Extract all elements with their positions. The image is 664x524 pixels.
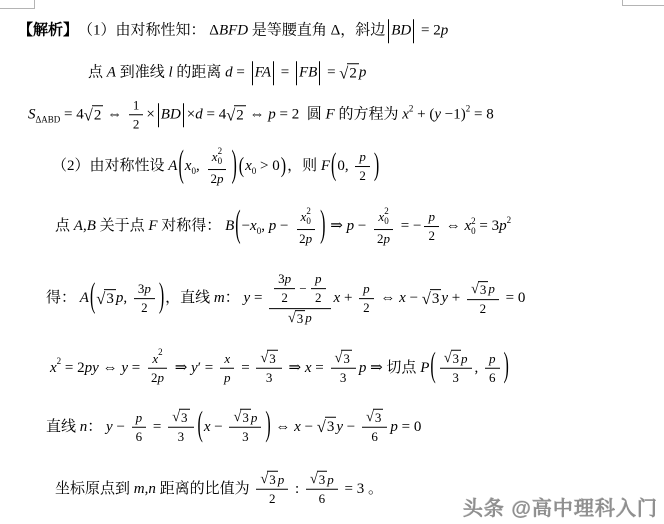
math-parenthesis: ) xyxy=(373,146,380,188)
math-fraction: p2 xyxy=(359,281,374,317)
math-variable: x xyxy=(464,217,471,237)
math-text: ′ = xyxy=(198,358,217,378)
math-variable: x xyxy=(224,350,230,366)
radical-argument: 3 xyxy=(104,289,116,310)
fraction-numerator: √3 xyxy=(331,350,356,369)
fraction-numerator: x20 xyxy=(374,207,392,230)
math-text: ⇒ xyxy=(327,217,347,237)
math-variable: p xyxy=(359,63,367,83)
math-text: 3 xyxy=(297,311,304,327)
math-text: 3 xyxy=(340,370,347,386)
math-parenthesis: ( xyxy=(177,142,184,192)
math-text: −1) xyxy=(441,105,466,125)
math-parenthesis: ) xyxy=(503,345,510,391)
math-sqrt: √3 xyxy=(422,289,442,310)
math-sqrt: √3 xyxy=(444,350,461,367)
math-text: ⇔ xyxy=(246,105,269,125)
radical-argument: 3 xyxy=(341,350,352,367)
math-fraction: p6 xyxy=(485,350,500,386)
fraction-numerator: 1 xyxy=(129,97,144,115)
math-text-bold: 【解析】 xyxy=(18,21,78,41)
math-fraction: √33 xyxy=(168,409,193,446)
math-parenthesis: ) xyxy=(230,142,237,192)
math-variable: A xyxy=(107,63,116,83)
math-sqrt: √3 xyxy=(335,350,352,367)
math-variable: p xyxy=(136,409,143,425)
fraction-denominator: 2 xyxy=(476,300,491,317)
math-variable: p xyxy=(461,350,468,366)
math-fraction: x202p xyxy=(373,207,394,247)
math-variable: n xyxy=(80,417,88,437)
fraction-denominator: 2 xyxy=(129,116,144,133)
fraction-denominator: √3p xyxy=(284,309,316,327)
math-variable: A xyxy=(168,157,177,177)
math-fraction: p2 xyxy=(355,149,370,185)
math-text: = 2 xyxy=(417,21,440,41)
math-text: 2 xyxy=(349,64,357,84)
math-superscript: 2 xyxy=(466,103,471,115)
math-text: 2 xyxy=(281,290,288,306)
math-variable: p xyxy=(144,281,151,297)
math-text: 2 xyxy=(359,169,366,185)
math-fraction: √3p2 xyxy=(467,281,499,318)
fraction-denominator: 3 xyxy=(262,369,277,386)
math-superscript: 2 xyxy=(158,347,163,358)
math-variable: y xyxy=(244,289,251,309)
math-text: = 3 xyxy=(476,217,499,237)
math-text: ⇔ xyxy=(272,417,295,437)
math-sqrt: √3 xyxy=(172,409,189,426)
math-text: ⇔ xyxy=(103,105,126,125)
math-variable: p xyxy=(116,289,124,309)
math-subscript: 0 xyxy=(257,226,262,238)
math-text: = − xyxy=(397,217,421,237)
math-text: 3 xyxy=(106,290,114,310)
math-text: ⇒ xyxy=(285,358,305,378)
math-variable: p xyxy=(217,171,224,187)
radical-argument: 3 xyxy=(430,289,442,310)
math-text: = 4 xyxy=(60,105,83,125)
radical-argument: 3 xyxy=(317,471,328,488)
fraction-denominator: 6 xyxy=(315,490,330,507)
math-text: 3 xyxy=(375,410,382,426)
fraction-numerator: p xyxy=(485,350,500,368)
math-text: − xyxy=(343,417,359,437)
fraction-denominator: 3 xyxy=(448,369,463,386)
fraction-numerator: √3p xyxy=(467,281,499,300)
math-sqrt: √3 xyxy=(288,310,305,327)
fraction-denominator: 2 xyxy=(359,300,374,317)
math-superscript: 2 xyxy=(218,146,223,156)
math-text: , xyxy=(123,289,131,309)
fraction-denominator: p xyxy=(220,369,235,386)
math-variable: x xyxy=(50,358,57,378)
fraction-numerator: 3p xyxy=(134,281,155,299)
math-sqrt: √3 xyxy=(260,471,277,488)
math-text: （2）由对称性设 xyxy=(52,157,168,177)
math-text: 3 xyxy=(242,410,249,426)
fraction-numerator: √3 xyxy=(168,409,193,428)
math-text: + ( xyxy=(413,105,434,125)
formula-line-5: 点 A,B 关于点 F 对称得： B(−x0, p − x202p) ⇒ p −… xyxy=(55,207,511,247)
math-variable: A xyxy=(74,217,83,237)
math-fraction: p6 xyxy=(132,409,147,445)
math-variable: p xyxy=(224,370,231,386)
math-text: 6 xyxy=(489,370,496,386)
math-text: 2 xyxy=(236,106,244,126)
math-variable: p xyxy=(285,271,292,287)
math-text: 2 xyxy=(269,491,276,507)
math-subsup: 20 xyxy=(218,146,223,167)
math-fraction: x202p xyxy=(206,147,227,187)
fraction-denominator: 2 xyxy=(265,490,280,507)
math-text: 1 xyxy=(133,97,140,113)
math-fraction: √36 xyxy=(362,409,387,446)
math-fraction: 3p2 xyxy=(274,271,295,307)
math-sqrt: √2 xyxy=(226,105,246,126)
math-sqrt: √2 xyxy=(84,105,104,126)
math-variable: y xyxy=(441,289,448,309)
math-text: 坐标原点到 xyxy=(55,479,134,499)
fraction-denominator: 6 xyxy=(367,428,382,445)
formula-line-2: 点 A 到准线 l 的距离 d = FA = FB = √2p xyxy=(88,61,366,85)
math-text: = xyxy=(277,63,293,83)
math-variable: p xyxy=(278,471,285,487)
math-sqrt: √3 xyxy=(260,350,277,367)
math-variable: p xyxy=(268,105,276,125)
math-variable: y xyxy=(191,358,198,378)
fraction-denominator: 2 xyxy=(311,289,326,306)
math-sqrt: √3 xyxy=(96,289,116,310)
math-fraction: p2 xyxy=(311,271,326,307)
fraction-numerator: √3p xyxy=(229,409,261,428)
math-sqrt: √3 xyxy=(310,471,327,488)
math-superscript: 2 xyxy=(57,356,62,368)
fraction-numerator: p xyxy=(132,409,147,427)
page-boundary-mark-right xyxy=(622,0,664,6)
math-text: 3 xyxy=(480,282,487,298)
math-subscript: 0 xyxy=(252,166,257,178)
math-variable: p xyxy=(157,370,164,386)
fraction-denominator: 3 xyxy=(336,369,351,386)
fraction-numerator: p xyxy=(424,209,439,227)
radical-argument: 3 xyxy=(478,281,489,298)
math-variable: x xyxy=(399,289,406,309)
math-text: = xyxy=(233,63,249,83)
fraction-numerator: √3 xyxy=(362,409,387,428)
math-text: 3 xyxy=(178,429,185,445)
math-variable: p xyxy=(359,149,366,165)
fraction-numerator: x2 xyxy=(148,350,166,368)
math-subscript: 0 xyxy=(218,156,223,166)
math-variable: y xyxy=(121,358,128,378)
math-text: = xyxy=(149,417,165,437)
fraction-denominator: 2 xyxy=(424,228,439,245)
formula-line-9: 坐标原点到 m,n 距离的比值为 √3p2 : √3p6 = 3 。 xyxy=(55,471,383,508)
math-variable: y xyxy=(434,105,441,125)
math-text: 6 xyxy=(371,429,378,445)
radical-argument: 3 xyxy=(240,409,251,426)
math-variable: F xyxy=(326,105,335,125)
math-parenthesis: ( xyxy=(238,152,245,181)
math-variable: F xyxy=(148,217,157,237)
math-variable: x xyxy=(305,358,312,378)
math-fraction: xp xyxy=(220,350,235,386)
math-fraction: 12 xyxy=(129,97,144,133)
math-variable: x xyxy=(185,157,192,177)
fraction-numerator: x20 xyxy=(297,207,315,230)
math-variable: p xyxy=(499,217,507,237)
math-variable: py xyxy=(85,358,99,378)
math-sqrt: √3 xyxy=(471,281,488,298)
math-text: 距离的比值为 xyxy=(156,479,254,499)
math-text: 2 xyxy=(94,106,102,126)
radical-argument: 3 xyxy=(179,409,190,426)
math-text: ⇒ xyxy=(171,358,191,378)
math-variable: m xyxy=(134,479,145,499)
math-absolute-value: FA xyxy=(252,61,274,85)
radical-argument: 2 xyxy=(347,63,359,84)
fraction-numerator: p xyxy=(311,271,326,289)
fraction-numerator: √3p xyxy=(256,471,288,490)
fraction-numerator: p xyxy=(355,149,370,167)
fraction-numerator: 3p xyxy=(274,271,295,289)
math-variable: x xyxy=(402,105,409,125)
math-text: 3 xyxy=(432,290,440,310)
math-text: ，直线 xyxy=(165,289,214,309)
formula-line-3: SΔABD = 4√2 ⇔ 12×BD×d = 4√2 ⇔ p = 2 圆 F … xyxy=(28,97,494,133)
math-fraction: √33 xyxy=(256,350,281,387)
math-variable: F xyxy=(321,157,330,177)
math-text: = xyxy=(312,358,328,378)
math-variable: p xyxy=(488,281,495,297)
math-fraction: √3p3 xyxy=(229,409,261,446)
radical-argument: 3 xyxy=(267,350,278,367)
math-text: 3 xyxy=(452,370,459,386)
math-text: ： xyxy=(225,289,244,309)
math-parenthesis: ) xyxy=(158,276,165,322)
math-variable: p xyxy=(489,350,496,366)
math-variable: d xyxy=(195,105,203,125)
math-parenthesis: ) xyxy=(264,404,271,450)
math-variable: p xyxy=(359,358,367,378)
math-text: 6 xyxy=(319,491,326,507)
math-text: ⇒ 切点 xyxy=(366,358,420,378)
math-text: 的方程为 xyxy=(335,105,403,125)
math-superscript: 2 xyxy=(384,206,389,216)
math-subscript: 0 xyxy=(384,216,389,226)
fraction-denominator: 3 xyxy=(238,428,253,445)
math-variable: B xyxy=(87,217,96,237)
math-variable: BD xyxy=(391,21,411,41)
math-fraction: x22p xyxy=(147,350,168,386)
math-text: = 8 xyxy=(470,105,493,125)
fraction-numerator: x20 xyxy=(208,147,226,170)
radical-argument: 3 xyxy=(267,471,278,488)
fraction-denominator: 2p xyxy=(206,170,227,187)
math-variable: x xyxy=(294,417,301,437)
math-text: 点 xyxy=(55,217,74,237)
math-variable: n xyxy=(148,479,156,499)
fraction-denominator: 2p xyxy=(295,230,316,247)
radical-argument: 3 xyxy=(373,409,384,426)
math-text: 0, xyxy=(337,157,352,177)
math-text: 2 xyxy=(315,290,322,306)
math-absolute-value: BD xyxy=(388,19,414,43)
math-subscript: 0 xyxy=(471,226,476,236)
fraction-numerator: x xyxy=(220,350,234,368)
math-variable: d xyxy=(225,63,233,83)
math-text: > 0 xyxy=(256,157,279,177)
page-boundary-mark-left xyxy=(0,0,35,9)
math-text: 3 xyxy=(181,410,188,426)
math-text: ⇔ xyxy=(442,217,465,237)
math-text: − xyxy=(354,217,370,237)
fraction-denominator: 6 xyxy=(132,428,147,445)
math-subscript: ΔABD xyxy=(36,114,61,126)
math-text: − xyxy=(301,417,317,437)
math-text: 3 xyxy=(266,370,273,386)
math-text: 到准线 xyxy=(116,63,169,83)
math-text: 3 xyxy=(269,472,276,488)
fraction-denominator: 2p xyxy=(147,369,168,386)
math-text: − xyxy=(211,417,227,437)
fraction-numerator: √3p xyxy=(440,350,472,369)
math-variable: FA xyxy=(255,63,271,83)
math-superscript: 2 xyxy=(306,206,311,216)
math-text: 3 xyxy=(269,351,276,367)
math-text: ，则 xyxy=(287,157,321,177)
radical-argument: 3 xyxy=(451,350,462,367)
radical-argument: 2 xyxy=(92,105,104,126)
math-parenthesis: ( xyxy=(234,202,241,252)
math-variable: p xyxy=(305,310,312,326)
watermark: 头条 @高中理科入门 xyxy=(463,492,658,521)
math-text: , xyxy=(261,217,269,237)
math-variable: p xyxy=(251,409,258,425)
math-sqrt: √3 xyxy=(233,409,250,426)
math-fraction: √3p2 xyxy=(256,471,288,508)
radical-argument: 3 xyxy=(325,417,337,438)
math-text: 2 xyxy=(480,301,487,317)
math-variable: A xyxy=(80,289,89,309)
fraction-denominator: 2 xyxy=(277,289,292,306)
formula-line-6: 得： A(√3p, 3p2)，直线 m： y = 3p2 − p2√3px + … xyxy=(46,271,525,327)
math-text: 2 xyxy=(363,301,370,317)
math-text: 2 xyxy=(133,117,140,133)
math-text: + xyxy=(448,289,464,309)
math-text: 得： xyxy=(46,289,80,309)
fraction-denominator: 3 xyxy=(174,428,189,445)
math-text: − xyxy=(406,289,422,309)
math-superscript: 2 xyxy=(409,103,414,115)
math-text: （1）由对称性知： xyxy=(78,21,209,41)
math-text: 3 xyxy=(242,429,249,445)
math-text: 的距离 xyxy=(173,63,226,83)
math-text: = 2 圆 xyxy=(276,105,326,125)
math-variable: P xyxy=(420,358,429,378)
math-text: 3 xyxy=(327,418,335,438)
math-text: , xyxy=(475,358,483,378)
math-variable: p xyxy=(390,417,398,437)
formula-line-1: 【解析】（1）由对称性知： ΔBFD 是等腰直角 Δ，斜边BD = 2p xyxy=(18,19,448,43)
math-text: = 4 xyxy=(203,105,226,125)
math-text: 2 xyxy=(141,301,148,317)
math-fraction: √3p3 xyxy=(440,350,472,387)
math-variable: BD xyxy=(161,105,181,125)
math-text: = xyxy=(128,358,144,378)
math-variable: m xyxy=(214,289,225,309)
math-variable: x xyxy=(334,289,341,309)
math-variable: FB xyxy=(299,63,317,83)
math-text: × xyxy=(187,105,195,125)
math-fraction: √3p6 xyxy=(306,471,338,508)
math-text: : xyxy=(291,479,303,499)
radical-argument: 2 xyxy=(234,105,246,126)
math-text: − xyxy=(113,417,129,437)
formula-line-8: 直线 n： y − p6 = √33(x − √3p3) ⇔ x − √3y −… xyxy=(46,409,421,446)
formula-line-7: x2 = 2py ⇔ y = x22p ⇒ y′ = xp = √33 ⇒ x … xyxy=(50,350,510,387)
radical-argument: 3 xyxy=(295,310,306,327)
math-text: 点 xyxy=(88,63,107,83)
math-text: 2 xyxy=(428,229,435,245)
formula-line-4: （2）由对称性设 A(x0, x202p)(x0 > 0)，则 F(0, p2) xyxy=(52,147,380,187)
math-sqrt: √2 xyxy=(339,63,359,84)
fraction-numerator: p xyxy=(359,281,374,299)
math-parenthesis: ( xyxy=(330,146,337,188)
fraction-denominator: 2 xyxy=(137,300,152,317)
fraction-denominator: 2 xyxy=(355,168,370,185)
math-text: = xyxy=(237,358,253,378)
math-text: 对称得： xyxy=(158,217,226,237)
math-absolute-value: BD xyxy=(158,103,184,127)
math-variable: p xyxy=(441,21,449,41)
math-text: = 0 xyxy=(502,289,525,309)
math-text: ⇔ xyxy=(377,289,400,309)
math-parenthesis: ( xyxy=(197,404,204,450)
math-text: 直线 xyxy=(46,417,80,437)
math-parenthesis: ( xyxy=(89,276,96,322)
math-variable: S xyxy=(28,105,36,125)
fraction-denominator: 2p xyxy=(373,230,394,247)
math-variable: y xyxy=(106,417,113,437)
math-text: 3 xyxy=(343,351,350,367)
math-variable: x xyxy=(245,157,252,177)
math-variable: p xyxy=(306,231,313,247)
fraction-numerator: √3 xyxy=(256,350,281,369)
fraction-numerator: √3p xyxy=(306,471,338,490)
math-text: − xyxy=(276,217,292,237)
math-subsup: 20 xyxy=(471,216,476,237)
document-page: 【解析】（1）由对称性知： ΔBFD 是等腰直角 Δ，斜边BD = 2p 点 A… xyxy=(0,0,664,524)
math-fraction: x202p xyxy=(295,207,316,247)
math-variable: B xyxy=(225,217,234,237)
math-parenthesis: ( xyxy=(429,345,436,391)
math-text: 3 xyxy=(319,472,326,488)
math-text: ： xyxy=(87,417,106,437)
math-variable: x xyxy=(250,217,257,237)
math-text: 是等腰直角 Δ，斜边 xyxy=(248,21,385,41)
math-text: = xyxy=(250,289,266,309)
math-variable: p xyxy=(269,217,277,237)
math-text: + xyxy=(340,289,356,309)
math-parenthesis: ) xyxy=(319,202,326,252)
math-subscript: 0 xyxy=(306,216,311,226)
math-text: 6 xyxy=(136,429,143,445)
math-variable: BFD xyxy=(219,21,248,41)
math-sqrt: √3 xyxy=(366,409,383,426)
math-text: × xyxy=(146,105,154,125)
